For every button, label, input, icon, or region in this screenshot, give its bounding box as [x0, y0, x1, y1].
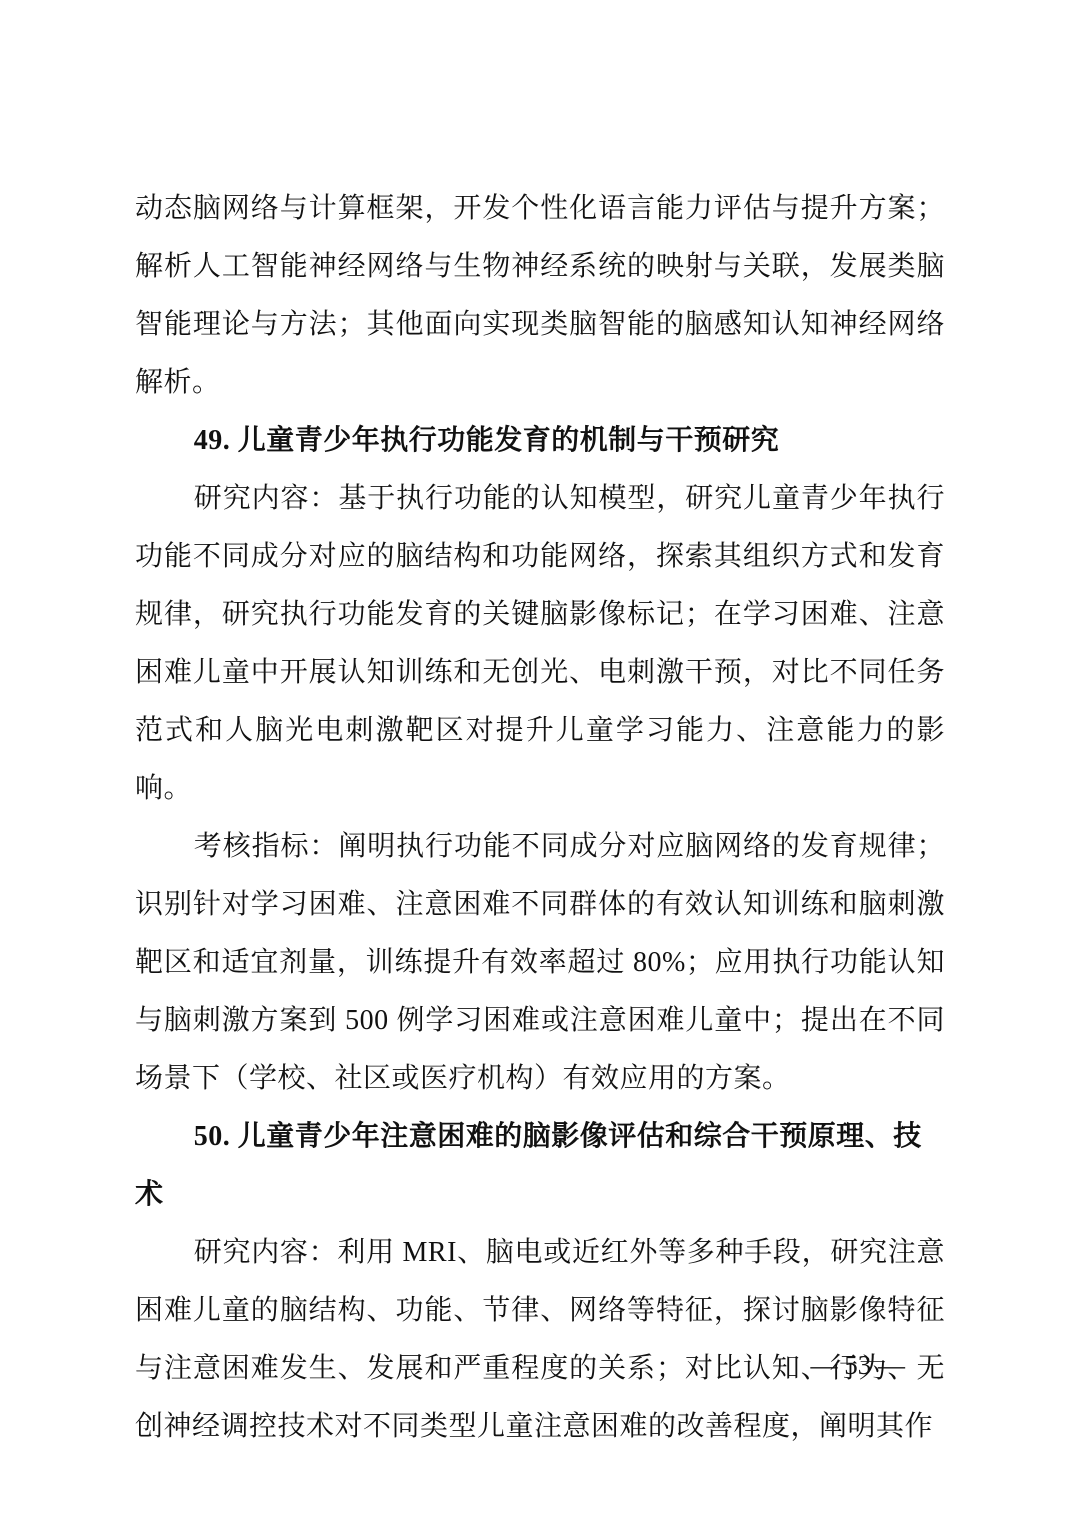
section-50-heading: 50. 儿童青少年注意困难的脑影像评估和综合干预原理、技术	[135, 1108, 945, 1224]
document-page: 动态脑网络与计算框架，开发个性化语言能力评估与提升方案；解析人工智能神经网络与生…	[0, 0, 1080, 1527]
section-49-research-content: 研究内容：基于执行功能的认知模型，研究儿童青少年执行功能不同成分对应的脑结构和功…	[135, 470, 945, 818]
section-49-assessment-metrics: 考核指标：阐明执行功能不同成分对应脑网络的发育规律；识别针对学习困难、注意困难不…	[135, 818, 945, 1108]
section-50-research-content: 研究内容：利用 MRI、脑电或近红外等多种手段，研究注意困难儿童的脑结构、功能、…	[135, 1224, 945, 1456]
section-49-heading: 49. 儿童青少年执行功能发育的机制与干预研究	[135, 412, 945, 470]
document-body: 动态脑网络与计算框架，开发个性化语言能力评估与提升方案；解析人工智能神经网络与生…	[135, 180, 945, 1456]
paragraph-continuation: 动态脑网络与计算框架，开发个性化语言能力评估与提升方案；解析人工智能神经网络与生…	[135, 180, 945, 412]
page-number: — 53 —	[811, 1350, 906, 1380]
page-footer: — 53 —	[545, 1348, 945, 1382]
